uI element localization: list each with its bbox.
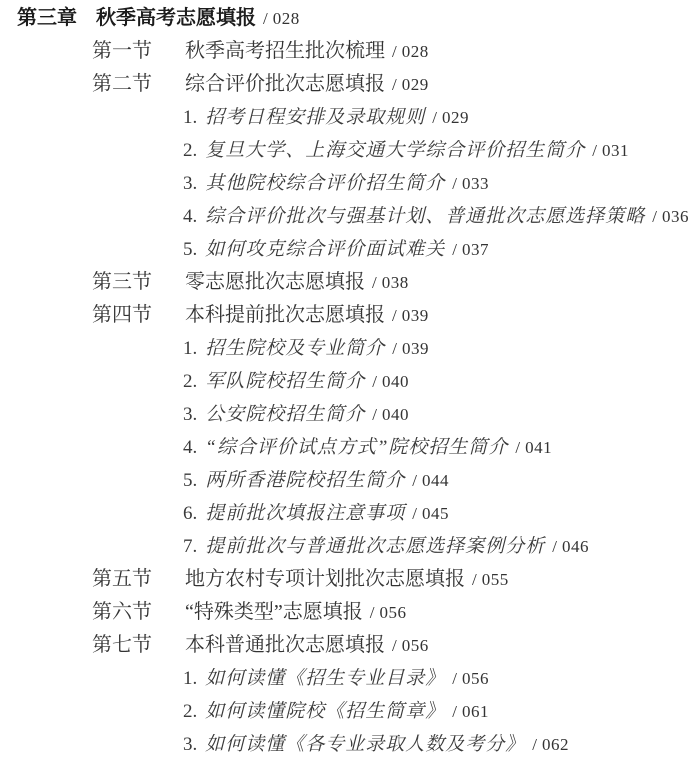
- page-separator: /: [392, 75, 397, 94]
- item-number: 1.: [183, 101, 197, 134]
- item-title: 综合评价批次与强基计划、普通批次志愿选择策略: [205, 206, 645, 227]
- toc-section-row: 第二节综合评价批次志愿填报/029: [0, 68, 700, 101]
- item-number: 4.: [183, 200, 197, 233]
- page-number: 055: [482, 570, 509, 589]
- page-separator: /: [372, 273, 377, 292]
- toc-section-row: 第六节“特殊类型”志愿填报/056: [0, 596, 700, 629]
- item-number: 3.: [183, 398, 197, 431]
- toc-item-row: 5.如何攻克综合评价面试难关/037: [0, 233, 700, 266]
- section-title: 地方农村专项计划批次志愿填报: [185, 568, 465, 590]
- toc-item-row: 4.“综合评价试点方式”院校招生简介/041: [0, 431, 700, 464]
- item-title: 招生院校及专业简介: [205, 338, 385, 359]
- section-label: 第七节: [92, 629, 185, 662]
- page-separator: /: [372, 372, 377, 391]
- toc-item-row: 2.军队院校招生简介/040: [0, 365, 700, 398]
- toc-item-row: 5.两所香港院校招生简介/044: [0, 464, 700, 497]
- page-number: 056: [402, 636, 429, 655]
- item-number: 6.: [183, 497, 197, 530]
- item-title: 招考日程安排及录取规则: [205, 107, 425, 128]
- toc-item-row: 1.招考日程安排及录取规则/029: [0, 101, 700, 134]
- item-title: 提前批次与普通批次志愿选择案例分析: [205, 536, 545, 557]
- section-title: 本科普通批次志愿填报: [185, 634, 385, 656]
- item-number: 2.: [183, 695, 197, 728]
- item-number: 7.: [183, 530, 197, 563]
- page-separator: /: [532, 735, 537, 754]
- item-number: 2.: [183, 365, 197, 398]
- toc-item-row: 4.综合评价批次与强基计划、普通批次志愿选择策略/036: [0, 200, 700, 233]
- page-number: 036: [662, 207, 689, 226]
- toc-item-row: 1.如何读懂《招生专业目录》/056: [0, 662, 700, 695]
- page-separator: /: [592, 141, 597, 160]
- page-number: 046: [562, 537, 589, 556]
- page-separator: /: [392, 306, 397, 325]
- page-number: 056: [462, 669, 489, 688]
- section-label: 第四节: [92, 299, 185, 332]
- page-separator: /: [432, 108, 437, 127]
- page-number: 028: [402, 42, 429, 61]
- item-title: 其他院校综合评价招生简介: [205, 173, 445, 194]
- section-label: 第二节: [92, 68, 185, 101]
- toc-item-row: 7.提前批次与普通批次志愿选择案例分析/046: [0, 530, 700, 563]
- item-title: “综合评价试点方式”院校招生简介: [205, 437, 508, 458]
- item-title: 军队院校招生简介: [205, 371, 365, 392]
- item-number: 3.: [183, 167, 197, 200]
- toc-item-row: 3.如何读懂《各专业录取人数及考分》/062: [0, 728, 700, 761]
- page-separator: /: [472, 570, 477, 589]
- toc-section-row: 第一节秋季高考招生批次梳理/028: [0, 35, 700, 68]
- item-number: 4.: [183, 431, 197, 464]
- chapter-label: 第三章: [17, 2, 96, 35]
- page-separator: /: [412, 504, 417, 523]
- page-number: 061: [462, 702, 489, 721]
- item-number: 5.: [183, 464, 197, 497]
- page-separator: /: [263, 9, 268, 28]
- page-separator: /: [552, 537, 557, 556]
- page-number: 040: [382, 372, 409, 391]
- page-number: 033: [462, 174, 489, 193]
- section-label: 第六节: [92, 596, 185, 629]
- toc-page: 第三章秋季高考志愿填报/028 第一节秋季高考招生批次梳理/028 第二节综合评…: [0, 0, 700, 771]
- page-separator: /: [452, 669, 457, 688]
- page-number: 044: [422, 471, 449, 490]
- page-separator: /: [452, 702, 457, 721]
- page-separator: /: [392, 42, 397, 61]
- page-number: 029: [442, 108, 469, 127]
- page-separator: /: [652, 207, 657, 226]
- page-number: 028: [273, 9, 300, 28]
- item-title: 如何读懂《招生专业目录》: [205, 668, 445, 689]
- page-number: 041: [525, 438, 552, 457]
- item-title: 提前批次填报注意事项: [205, 503, 405, 524]
- toc-item-row: 3.其他院校综合评价招生简介/033: [0, 167, 700, 200]
- item-number: 1.: [183, 662, 197, 695]
- section-title: “特殊类型”志愿填报: [185, 601, 363, 623]
- page-separator: /: [370, 603, 375, 622]
- section-title: 本科提前批次志愿填报: [185, 304, 385, 326]
- toc-item-row: 2.复旦大学、上海交通大学综合评价招生简介/031: [0, 134, 700, 167]
- page-number: 062: [542, 735, 569, 754]
- section-label: 第一节: [92, 35, 185, 68]
- page-number: 040: [382, 405, 409, 424]
- section-title: 零志愿批次志愿填报: [185, 271, 365, 293]
- section-label: 第三节: [92, 266, 185, 299]
- item-number: 3.: [183, 728, 197, 761]
- item-title: 如何攻克综合评价面试难关: [205, 239, 445, 260]
- page-number: 037: [462, 240, 489, 259]
- toc-item-row: 1.招生院校及专业简介/039: [0, 332, 700, 365]
- page-separator: /: [452, 174, 457, 193]
- section-title: 综合评价批次志愿填报: [185, 73, 385, 95]
- item-title: 如何读懂《各专业录取人数及考分》: [205, 734, 525, 755]
- toc-item-row: 3.公安院校招生简介/040: [0, 398, 700, 431]
- chapter-title: 秋季高考志愿填报: [96, 7, 256, 29]
- item-title: 复旦大学、上海交通大学综合评价招生简介: [205, 140, 585, 161]
- page-number: 029: [402, 75, 429, 94]
- page-number: 039: [402, 339, 429, 358]
- page-separator: /: [515, 438, 520, 457]
- item-number: 1.: [183, 332, 197, 365]
- page-separator: /: [412, 471, 417, 490]
- page-number: 056: [380, 603, 407, 622]
- toc-item-row: 6.提前批次填报注意事项/045: [0, 497, 700, 530]
- toc-chapter-row: 第三章秋季高考志愿填报/028: [0, 2, 700, 35]
- page-number: 045: [422, 504, 449, 523]
- toc-item-row: 2.如何读懂院校《招生简章》/061: [0, 695, 700, 728]
- section-label: 第五节: [92, 563, 185, 596]
- item-title: 公安院校招生简介: [205, 404, 365, 425]
- toc-section-row: 第四节本科提前批次志愿填报/039: [0, 299, 700, 332]
- toc-section-row: 第五节地方农村专项计划批次志愿填报/055: [0, 563, 700, 596]
- page-separator: /: [372, 405, 377, 424]
- page-separator: /: [392, 339, 397, 358]
- section-title: 秋季高考招生批次梳理: [185, 40, 385, 62]
- page-number: 039: [402, 306, 429, 325]
- toc-section-row: 第七节本科普通批次志愿填报/056: [0, 629, 700, 662]
- item-number: 2.: [183, 134, 197, 167]
- page-separator: /: [392, 636, 397, 655]
- item-number: 5.: [183, 233, 197, 266]
- page-number: 031: [602, 141, 629, 160]
- toc-section-row: 第三节零志愿批次志愿填报/038: [0, 266, 700, 299]
- item-title: 如何读懂院校《招生简章》: [205, 701, 445, 722]
- page-number: 038: [382, 273, 409, 292]
- item-title: 两所香港院校招生简介: [205, 470, 405, 491]
- page-separator: /: [452, 240, 457, 259]
